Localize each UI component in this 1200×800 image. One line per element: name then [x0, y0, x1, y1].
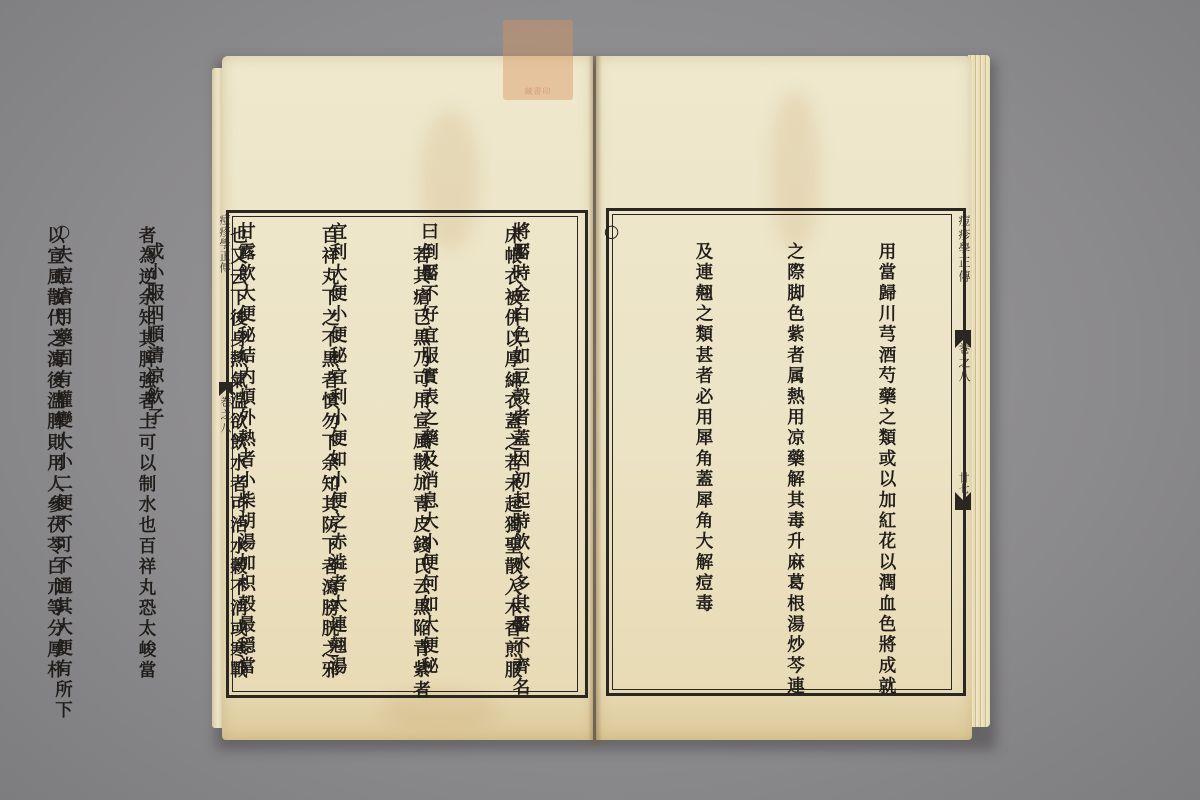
text-column: 將靨時金白色如豆殼者蓋因初起時飲水多其靨不齊名: [505, 222, 536, 694]
text-column: 宜利大便小便秘宜利小便如小便之赤澁者大連翹湯: [322, 222, 353, 694]
text-column: 或小服四順清凉飲子: [139, 222, 170, 694]
text-column: 用當歸川芎酒芍藥之類或以加紅花以潤血色將成就: [871, 222, 902, 694]
right-page-text: 用當歸川芎酒芍藥之類或以加紅花以潤血色將成就 之際脚色紫者属熱用凉藥解其毒升麻葛…: [0, 222, 962, 694]
text-column-marker: ○: [596, 222, 627, 694]
text-column: 及連翹之類甚者必用犀角蓋犀角大解痘毒: [688, 222, 719, 694]
library-seal: 藏書印: [503, 20, 573, 100]
text-column: 甘露飲大便秘結内煩外熱者小柴胡湯加枳殻最穏當: [230, 222, 261, 694]
text-column: 之際脚色紫者属熱用凉藥解其毒升麻葛根湯炒芩連: [779, 222, 810, 694]
seal-text: 藏書印: [507, 86, 569, 97]
text-column: 曰倒靨不好宜服實表之藥及消息大小便何如大便秘: [413, 222, 444, 694]
text-column: ○夫痘瘡用藥固有權變大小二便不可不通其大便有所下: [47, 222, 78, 694]
